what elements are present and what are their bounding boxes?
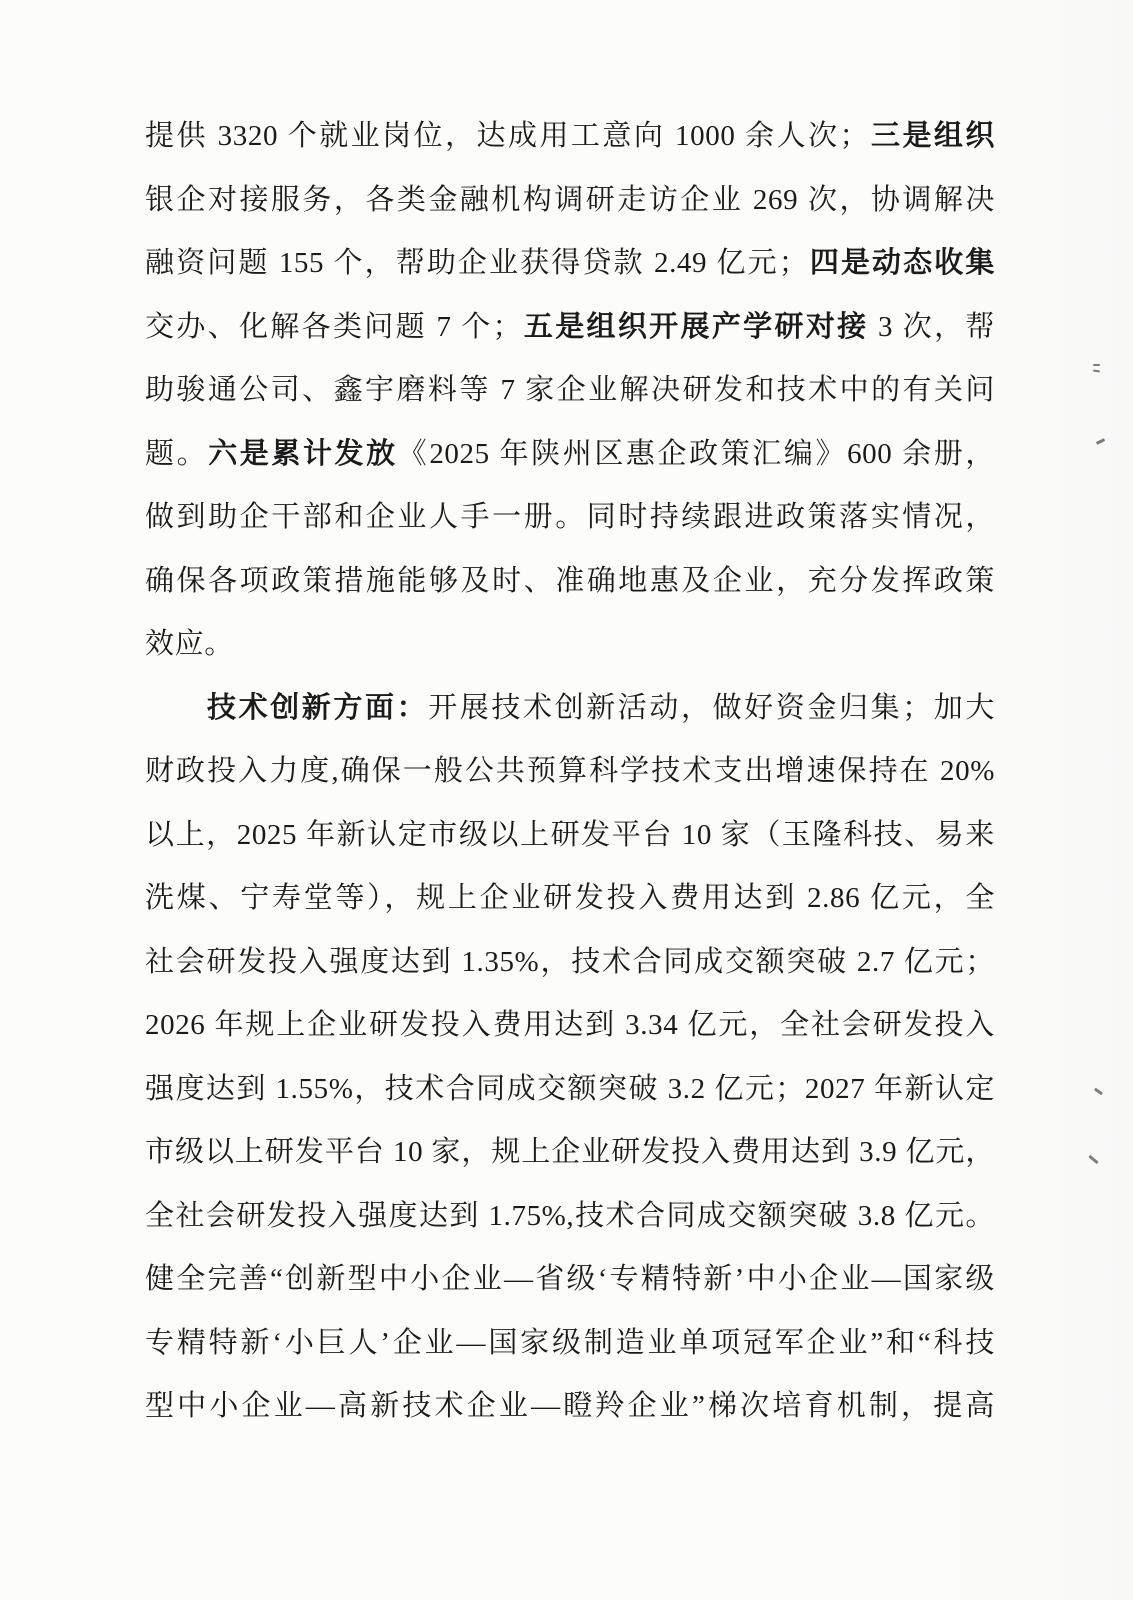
text-segment: 全社会研发投入强度达到 1.75%,技术合同成交额突破 3.8 亿元。	[145, 1200, 995, 1232]
document-line-20: 专精特新‘小巨人’企业—国家级制造业单项冠军企业”和“科技	[145, 1312, 995, 1376]
document-line-3: 融资问题 155 个，帮助企业获得贷款 2.49 亿元；四是动态收集	[145, 232, 995, 296]
text-segment: 强度达到 1.55%，技术合同成交额突破 3.2 亿元；2027 年新认定	[145, 1073, 995, 1105]
text-segment: 专精特新‘小巨人’企业—国家级制造业单项冠军企业”和“科技	[145, 1327, 995, 1359]
text-segment: 助骏通公司、鑫宇磨料等 7 家企业解决研发和技术中的有关问	[145, 374, 995, 406]
document-line-10: 技术创新方面：开展技术创新活动，做好资金归集；加大	[145, 677, 995, 741]
text-segment: 财政投入力度,确保一般公共预算科学技术支出增速保持在 20%	[145, 755, 995, 787]
scan-speck	[1094, 1088, 1103, 1096]
text-segment: 市级以上研发平台 10 家，规上企业研发投入费用达到 3.9 亿元，	[145, 1136, 995, 1168]
text-segment: 题。	[145, 438, 208, 470]
text-segment: 型中小企业—高新技术企业—瞪羚企业”梯次培育机制，提高	[145, 1390, 995, 1422]
text-segment: 效应。	[145, 628, 234, 660]
document-line-21: 型中小企业—高新技术企业—瞪羚企业”梯次培育机制，提高	[145, 1375, 995, 1439]
document-line-18: 全社会研发投入强度达到 1.75%,技术合同成交额突破 3.8 亿元。	[145, 1185, 995, 1249]
text-segment: 《2025 年陕州区惠企政策汇编》600 余册，	[398, 438, 995, 470]
document-line-9: 效应。	[145, 613, 995, 677]
text-segment: 以上，2025 年新认定市级以上研发平台 10 家（玉隆科技、易来	[145, 819, 995, 851]
text-segment: 社会研发投入强度达到 1.35%，技术合同成交额突破 2.7 亿元；	[145, 946, 995, 978]
text-segment: 融资问题 155 个，帮助企业获得贷款 2.49 亿元；	[145, 247, 808, 279]
text-segment: 五是组织开展产学研对接	[522, 311, 868, 343]
text-segment: 健全完善“创新型中小企业—省级‘专精特新’中小企业—国家级	[145, 1263, 995, 1295]
scanned-document-page: 提供 3320 个就业岗位，达成用工意向 1000 余人次；三是组织银企对接服务…	[0, 0, 1133, 1600]
text-segment: 3 次，帮	[868, 311, 995, 343]
scan-speck	[1096, 438, 1105, 445]
document-line-7: 做到助企干部和企业人手一册。同时持续跟进政策落实情况，	[145, 486, 995, 550]
document-line-4: 交办、化解各类问题 7 个；五是组织开展产学研对接 3 次，帮	[145, 296, 995, 360]
document-line-5: 助骏通公司、鑫宇磨料等 7 家企业解决研发和技术中的有关问	[145, 359, 995, 423]
scan-speck	[1093, 364, 1100, 366]
document-line-13: 洗煤、宁寿堂等），规上企业研发投入费用达到 2.86 亿元，全	[145, 867, 995, 931]
document-body-text: 提供 3320 个就业岗位，达成用工意向 1000 余人次；三是组织银企对接服务…	[145, 105, 995, 1439]
scan-speck	[1093, 370, 1100, 373]
text-segment: 交办、化解各类问题 7 个；	[145, 311, 522, 343]
text-segment: 2026 年规上企业研发投入费用达到 3.34 亿元，全社会研发投入	[145, 1009, 995, 1041]
document-line-11: 财政投入力度,确保一般公共预算科学技术支出增速保持在 20%	[145, 740, 995, 804]
text-segment: 提供 3320 个就业岗位，达成用工意向 1000 余人次；	[145, 120, 869, 152]
text-segment: 确保各项政策措施能够及时、准确地惠及企业，充分发挥政策	[145, 565, 995, 597]
document-line-16: 强度达到 1.55%，技术合同成交额突破 3.2 亿元；2027 年新认定	[145, 1058, 995, 1122]
document-line-6: 题。六是累计发放《2025 年陕州区惠企政策汇编》600 余册，	[145, 423, 995, 487]
text-segment: 银企对接服务，各类金融机构调研走访企业 269 次，协调解决	[145, 184, 995, 216]
text-segment: 六是累计发放	[208, 438, 398, 470]
text-segment: 四是动态收集	[808, 247, 995, 279]
document-line-19: 健全完善“创新型中小企业—省级‘专精特新’中小企业—国家级	[145, 1248, 995, 1312]
text-segment: 洗煤、宁寿堂等），规上企业研发投入费用达到 2.86 亿元，全	[145, 882, 995, 914]
text-segment: 技术创新方面：	[207, 692, 428, 724]
document-line-17: 市级以上研发平台 10 家，规上企业研发投入费用达到 3.9 亿元，	[145, 1121, 995, 1185]
document-line-1: 提供 3320 个就业岗位，达成用工意向 1000 余人次；三是组织	[145, 105, 995, 169]
document-line-2: 银企对接服务，各类金融机构调研走访企业 269 次，协调解决	[145, 169, 995, 233]
scan-speck	[1088, 1155, 1098, 1164]
document-line-15: 2026 年规上企业研发投入费用达到 3.34 亿元，全社会研发投入	[145, 994, 995, 1058]
text-segment: 做到助企干部和企业人手一册。同时持续跟进政策落实情况，	[145, 501, 995, 533]
document-line-8: 确保各项政策措施能够及时、准确地惠及企业，充分发挥政策	[145, 550, 995, 614]
document-line-12: 以上，2025 年新认定市级以上研发平台 10 家（玉隆科技、易来	[145, 804, 995, 868]
document-line-14: 社会研发投入强度达到 1.35%，技术合同成交额突破 2.7 亿元；	[145, 931, 995, 995]
text-segment: 三是组织	[869, 120, 995, 152]
text-segment: 开展技术创新活动，做好资金归集；加大	[428, 692, 995, 724]
